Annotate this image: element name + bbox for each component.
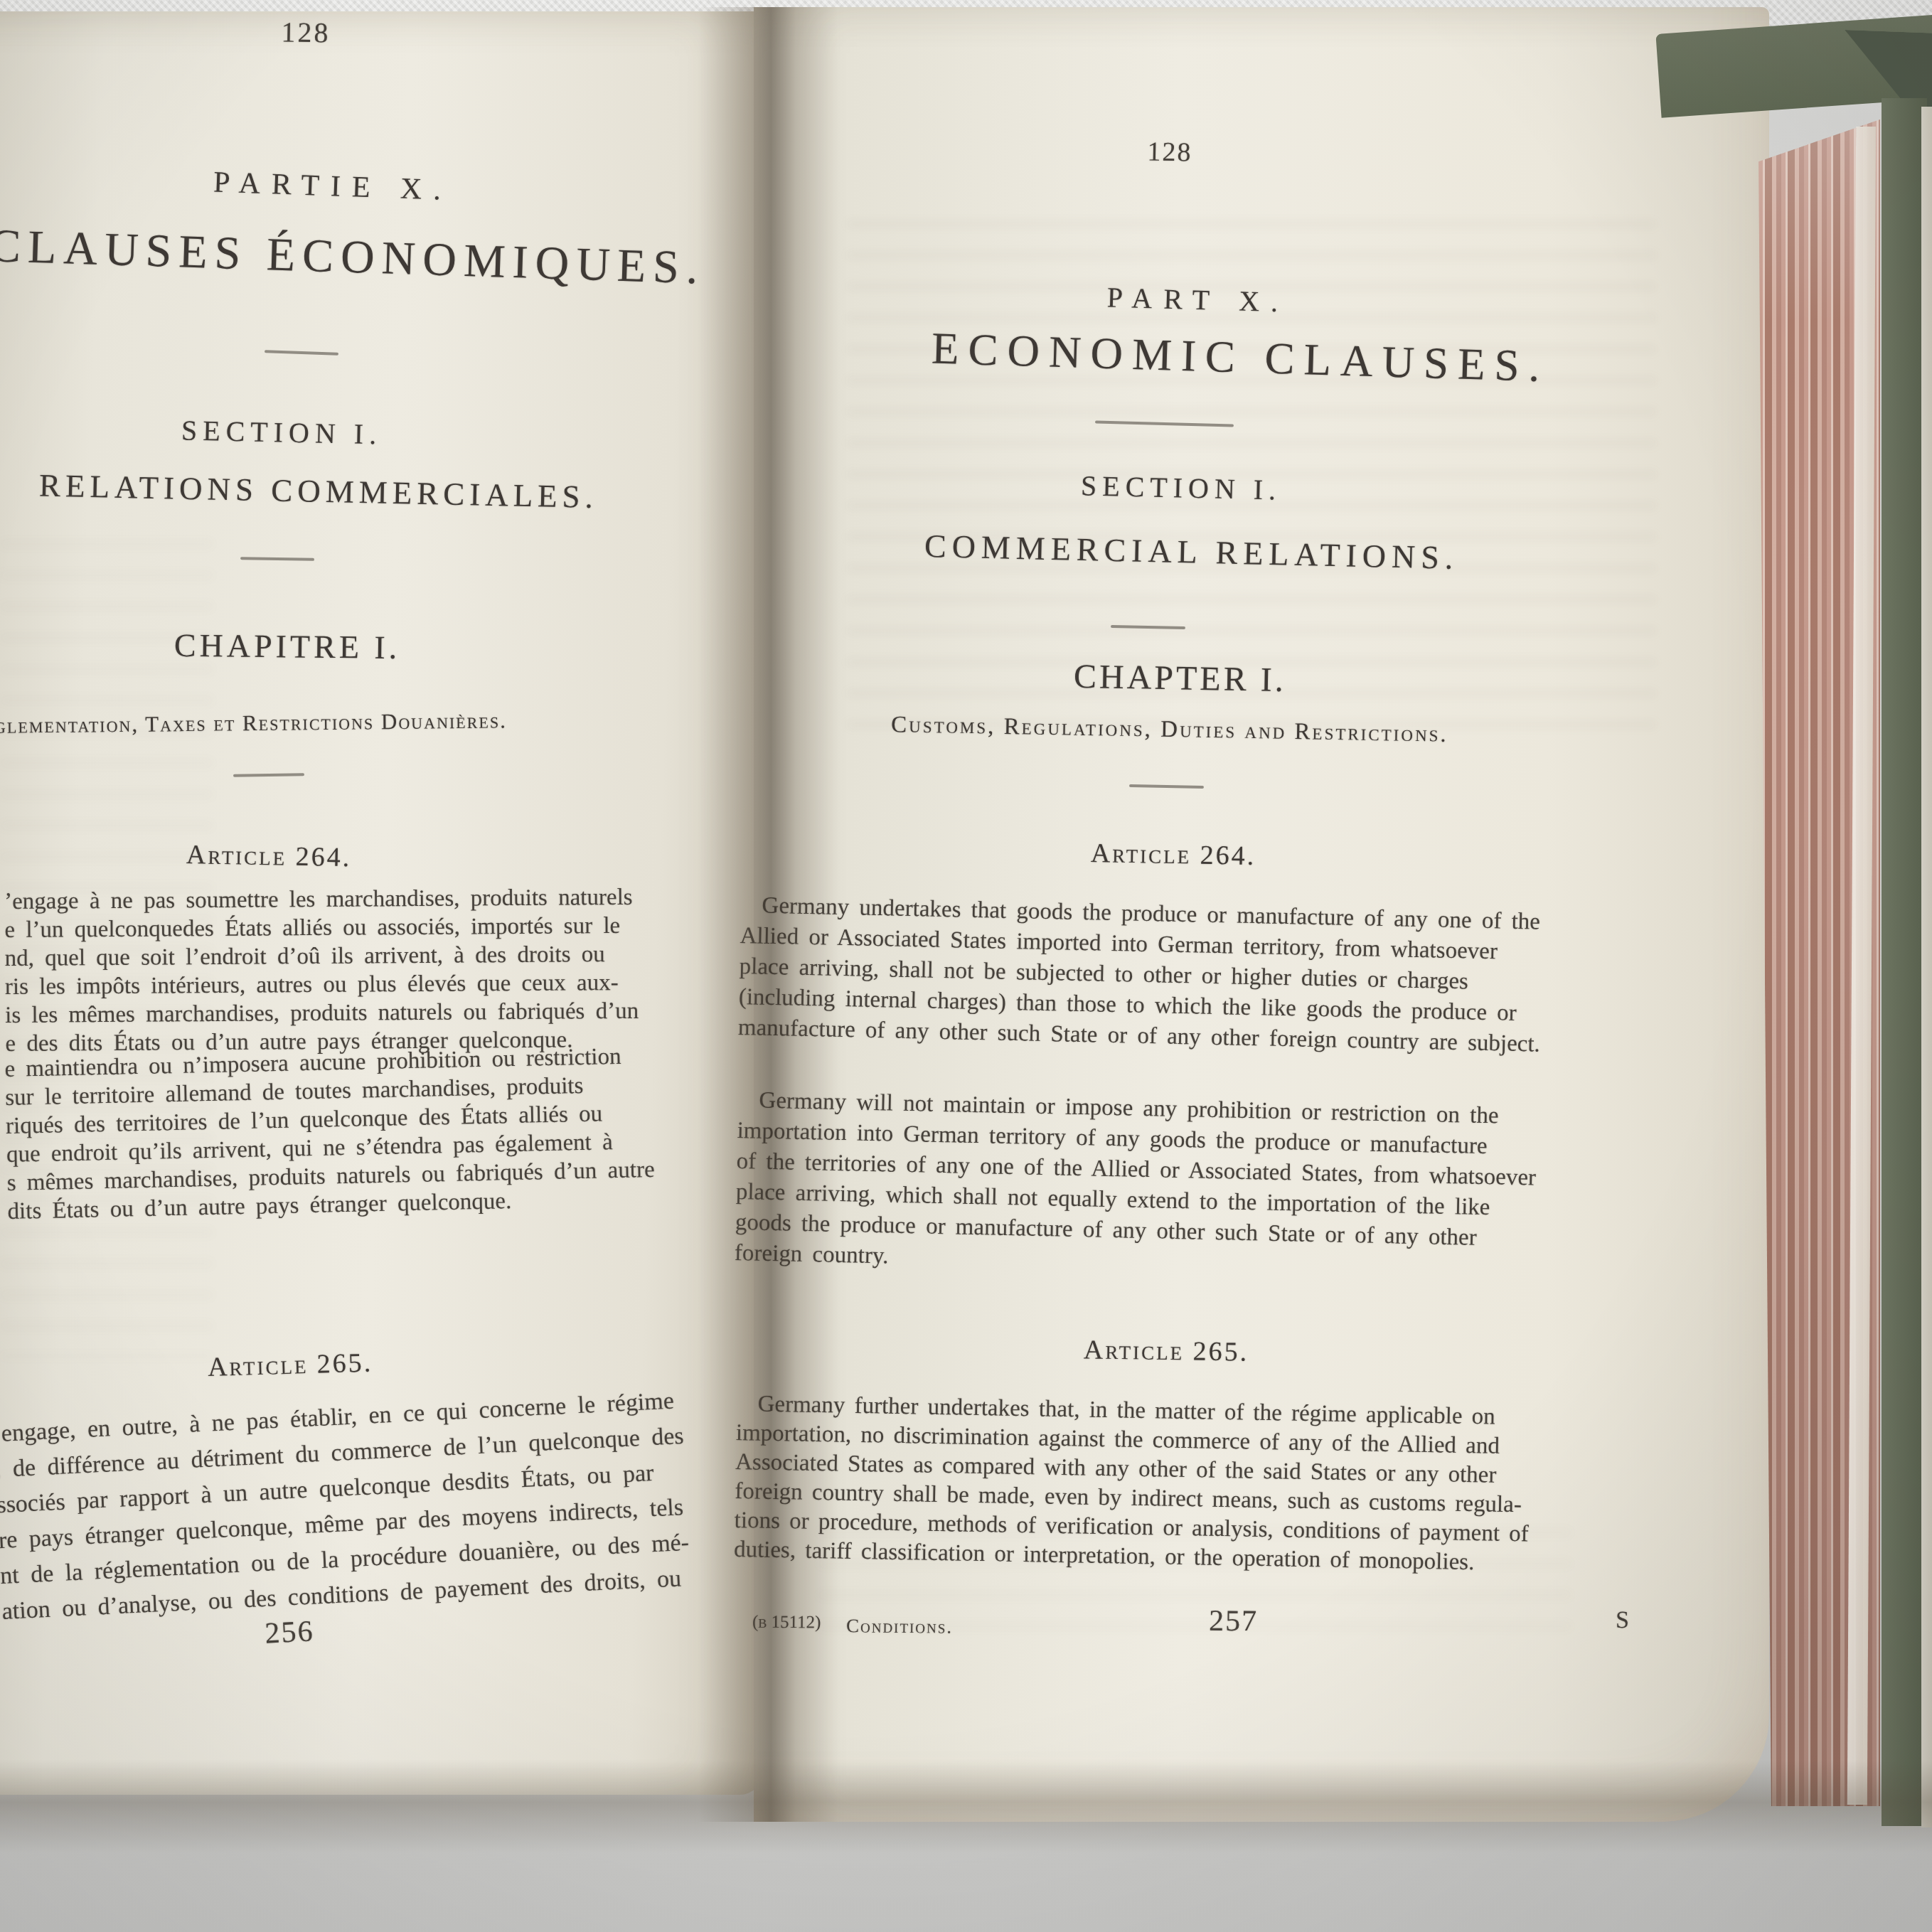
- right-folio: 128: [1109, 136, 1231, 169]
- left-chapter-label: CHAPITRE I.: [174, 626, 353, 666]
- cover-edge-sliver: [1921, 107, 1932, 1827]
- right-article-264-paragraph-2: Germany will not maintain or impose any …: [735, 1085, 1602, 1286]
- running-title: Conditions.: [846, 1615, 953, 1638]
- book-photo: 128 PARTIE X. CLAUSES ÉCONOMIQUES. SECTI…: [0, 0, 1932, 1932]
- left-article-264-paragraph-1: ’engage à ne pas soumettre les marchandi…: [4, 882, 724, 1058]
- left-folio: 128: [235, 14, 378, 50]
- left-article-264-paragraph-2: e maintiendra ou n’imposera aucune prohi…: [4, 1040, 726, 1226]
- right-article-265-heading: Article 265.: [1077, 1334, 1256, 1367]
- text-line: ris les impôts intérieurs, autres ou plu…: [5, 968, 723, 1001]
- right-section-label: SECTION I.: [1080, 469, 1251, 506]
- gutter-shadow: [698, 7, 838, 1822]
- left-article-264-heading: Article 264.: [186, 839, 340, 873]
- left-article-265-paragraph: ’engage, en outre, à ne pas établir, en …: [0, 1382, 724, 1630]
- left-section-title: RELATIONS COMMERCIALES.: [39, 467, 410, 512]
- text-line: is les mêmes marchandises, produits natu…: [5, 996, 723, 1030]
- text-line: ’engage à ne pas soumettre les marchandi…: [4, 882, 722, 916]
- text-line: nd, quel que soit l’endroit d’oû ils arr…: [5, 939, 723, 973]
- right-part-label: PART X.: [1080, 279, 1315, 319]
- left-page-number: 256: [250, 1613, 329, 1652]
- left-article-265-heading: Article 265.: [207, 1347, 361, 1383]
- right-article-264-paragraph-1: Germany undertakes that goods the produc…: [737, 890, 1604, 1061]
- right-article-264-heading: Article 264.: [1081, 838, 1266, 872]
- left-chapter-subtitle: glementation, Taxes et Restrictions Doua…: [0, 709, 382, 739]
- left-section-label: SECTION I.: [181, 413, 353, 450]
- right-chapter-label: CHAPTER I.: [1074, 657, 1252, 699]
- book-bottom-shadow: [0, 1761, 1932, 1853]
- right-page-number: 257: [1209, 1604, 1258, 1639]
- book-cover-right-edge: [1882, 98, 1927, 1826]
- signature-mark: S: [1616, 1607, 1629, 1634]
- right-article-265-paragraph: Germany further undertakes that, in the …: [734, 1389, 1604, 1579]
- text-line: e l’un quelconquedes États alliés ou ass…: [4, 911, 722, 944]
